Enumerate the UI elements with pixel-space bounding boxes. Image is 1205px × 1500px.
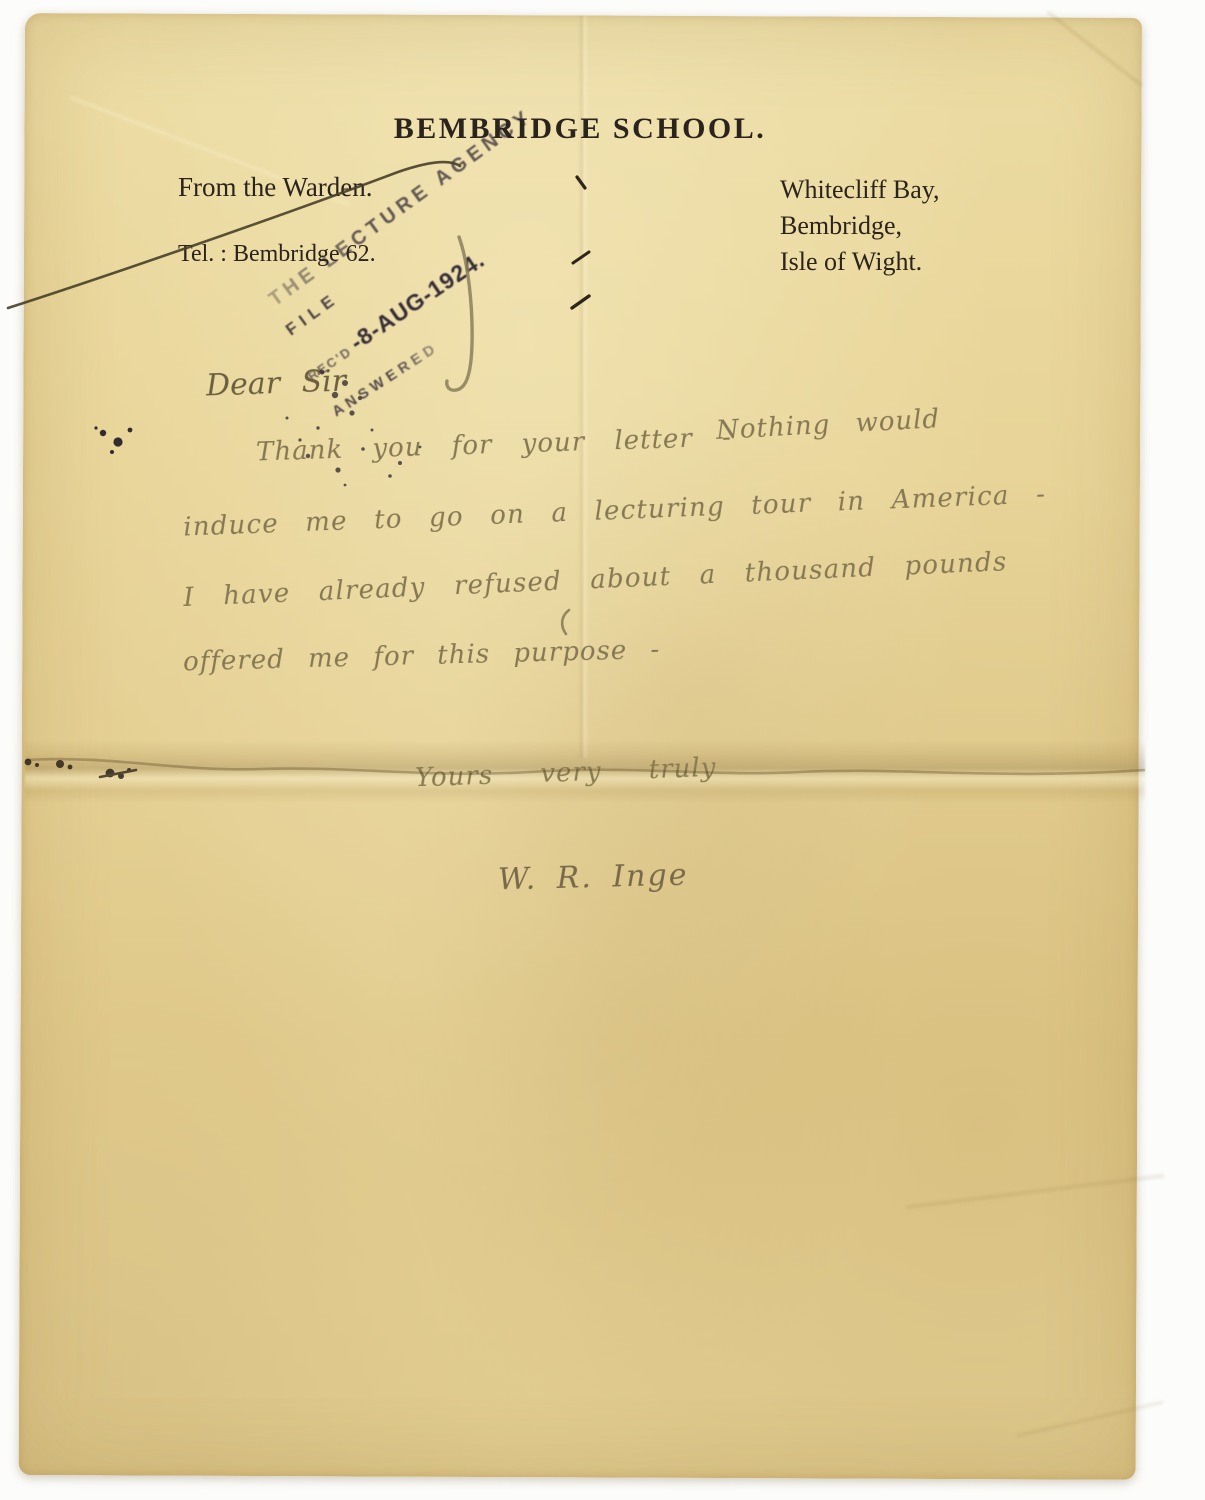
salutation: Dear Sir	[205, 364, 346, 404]
from-the-warden-line: From the Warden.	[178, 172, 373, 203]
address-line: Bembridge,	[780, 208, 940, 244]
scanned-letter: BEMBRIDGE SCHOOL. From the Warden. Tel. …	[0, 0, 1205, 1500]
signature: W. R. Inge	[498, 858, 689, 898]
school-name: BEMBRIDGE SCHOOL.	[0, 112, 1160, 146]
address-line: Whitecliff Bay,	[780, 172, 940, 208]
address-block: Whitecliff Bay, Bembridge, Isle of Wight…	[780, 172, 940, 280]
address-line: Isle of Wight.	[780, 244, 940, 280]
